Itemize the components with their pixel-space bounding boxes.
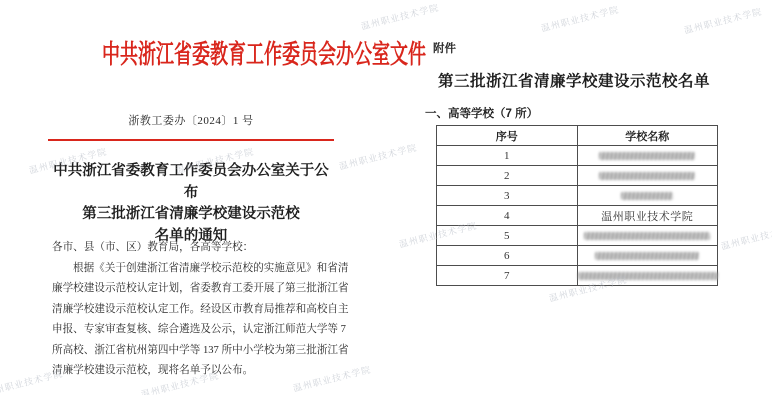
table-row: 1 bbox=[437, 146, 718, 166]
body-line: 清廉学校建设示范校，现将名单予以公布。 bbox=[52, 361, 335, 382]
section-heading: 一、高等学校（7 所） bbox=[425, 105, 538, 121]
redacted-name-cell bbox=[577, 226, 718, 246]
table-row: 4温州职业技术学院 bbox=[437, 206, 718, 226]
redacted-name bbox=[584, 232, 710, 240]
attachment-title: 第三批浙江省清廉学校建设示范校名单 bbox=[430, 69, 718, 91]
redacted-name-cell bbox=[577, 146, 718, 166]
school-name-cell: 温州职业技术学院 bbox=[577, 206, 718, 226]
table-header-row: 序号 学校名称 bbox=[437, 126, 718, 146]
redacted-name bbox=[599, 152, 695, 160]
body-line: 清廉学校建设示范校认定工作。经设区市教育局推荐和高校自主 bbox=[52, 300, 335, 321]
redacted-name bbox=[621, 192, 673, 200]
row-index: 5 bbox=[437, 226, 578, 246]
redacted-name-cell bbox=[577, 266, 718, 286]
separator-line bbox=[48, 139, 334, 141]
table-row: 2 bbox=[437, 166, 718, 186]
body-line: 申报、专家审查复核、综合遴选及公示，认定浙江师范大学等 7 bbox=[52, 320, 335, 341]
issuing-office-title: 中共浙江省委教育工作委员会办公室文件 bbox=[102, 32, 426, 71]
redacted-name-cell bbox=[577, 246, 718, 266]
notice-title-line: 中共浙江省委教育工作委员会办公室关于公布 bbox=[48, 161, 334, 204]
document-page-right: 附件 第三批浙江省清廉学校建设示范校名单 一、高等学校（7 所） 序号 学校名称… bbox=[430, 0, 718, 395]
redacted-name bbox=[599, 172, 695, 180]
row-index: 1 bbox=[437, 146, 578, 166]
body-line: 各市、县（市、区）教育局，各高等学校： bbox=[52, 238, 335, 259]
col-header-name: 学校名称 bbox=[577, 126, 718, 146]
table-row: 3 bbox=[437, 186, 718, 206]
redacted-name bbox=[578, 272, 718, 280]
row-index: 3 bbox=[437, 186, 578, 206]
document-page-left: 中共浙江省委教育工作委员会办公室文件 浙教工委办〔2024〕1 号 中共浙江省委… bbox=[48, 0, 334, 395]
red-header-banner: 中共浙江省委教育工作委员会办公室文件 bbox=[48, 32, 334, 67]
row-index: 2 bbox=[437, 166, 578, 186]
redacted-name-cell bbox=[577, 166, 718, 186]
body-line: 所高校、浙江省杭州第四中学等 137 所中小学校为第三批浙江省 bbox=[52, 341, 335, 362]
doc-number: 浙教工委办〔2024〕1 号 bbox=[48, 112, 334, 128]
schools-table: 序号 学校名称 1234温州职业技术学院567 bbox=[436, 125, 718, 286]
notice-title: 中共浙江省委教育工作委员会办公室关于公布第三批浙江省清廉学校建设示范校名单的通知 bbox=[48, 161, 334, 247]
row-index: 4 bbox=[437, 206, 578, 226]
table-row: 5 bbox=[437, 226, 718, 246]
body-line: 根据《关于创建浙江省清廉学校示范校的实施意见》和省清 bbox=[52, 259, 335, 280]
row-index: 6 bbox=[437, 246, 578, 266]
col-header-index: 序号 bbox=[437, 126, 578, 146]
redacted-name-cell bbox=[577, 186, 718, 206]
table-row: 6 bbox=[437, 246, 718, 266]
notice-body: 各市、县（市、区）教育局，各高等学校：根据《关于创建浙江省清廉学校示范校的实施意… bbox=[52, 238, 335, 382]
attachment-label: 附件 bbox=[433, 40, 456, 56]
row-index: 7 bbox=[437, 266, 578, 286]
watermark-text: 温州职业技术学院 bbox=[360, 1, 441, 33]
table-row: 7 bbox=[437, 266, 718, 286]
body-line: 廉学校建设示范校认定计划，省委教育工委开展了第三批浙江省 bbox=[52, 279, 335, 300]
redacted-name bbox=[595, 252, 699, 260]
watermark-text: 温州职业技术学院 bbox=[338, 141, 419, 173]
watermark-text: 温州职业技术学院 bbox=[720, 221, 772, 253]
notice-title-line: 第三批浙江省清廉学校建设示范校 bbox=[48, 204, 334, 226]
